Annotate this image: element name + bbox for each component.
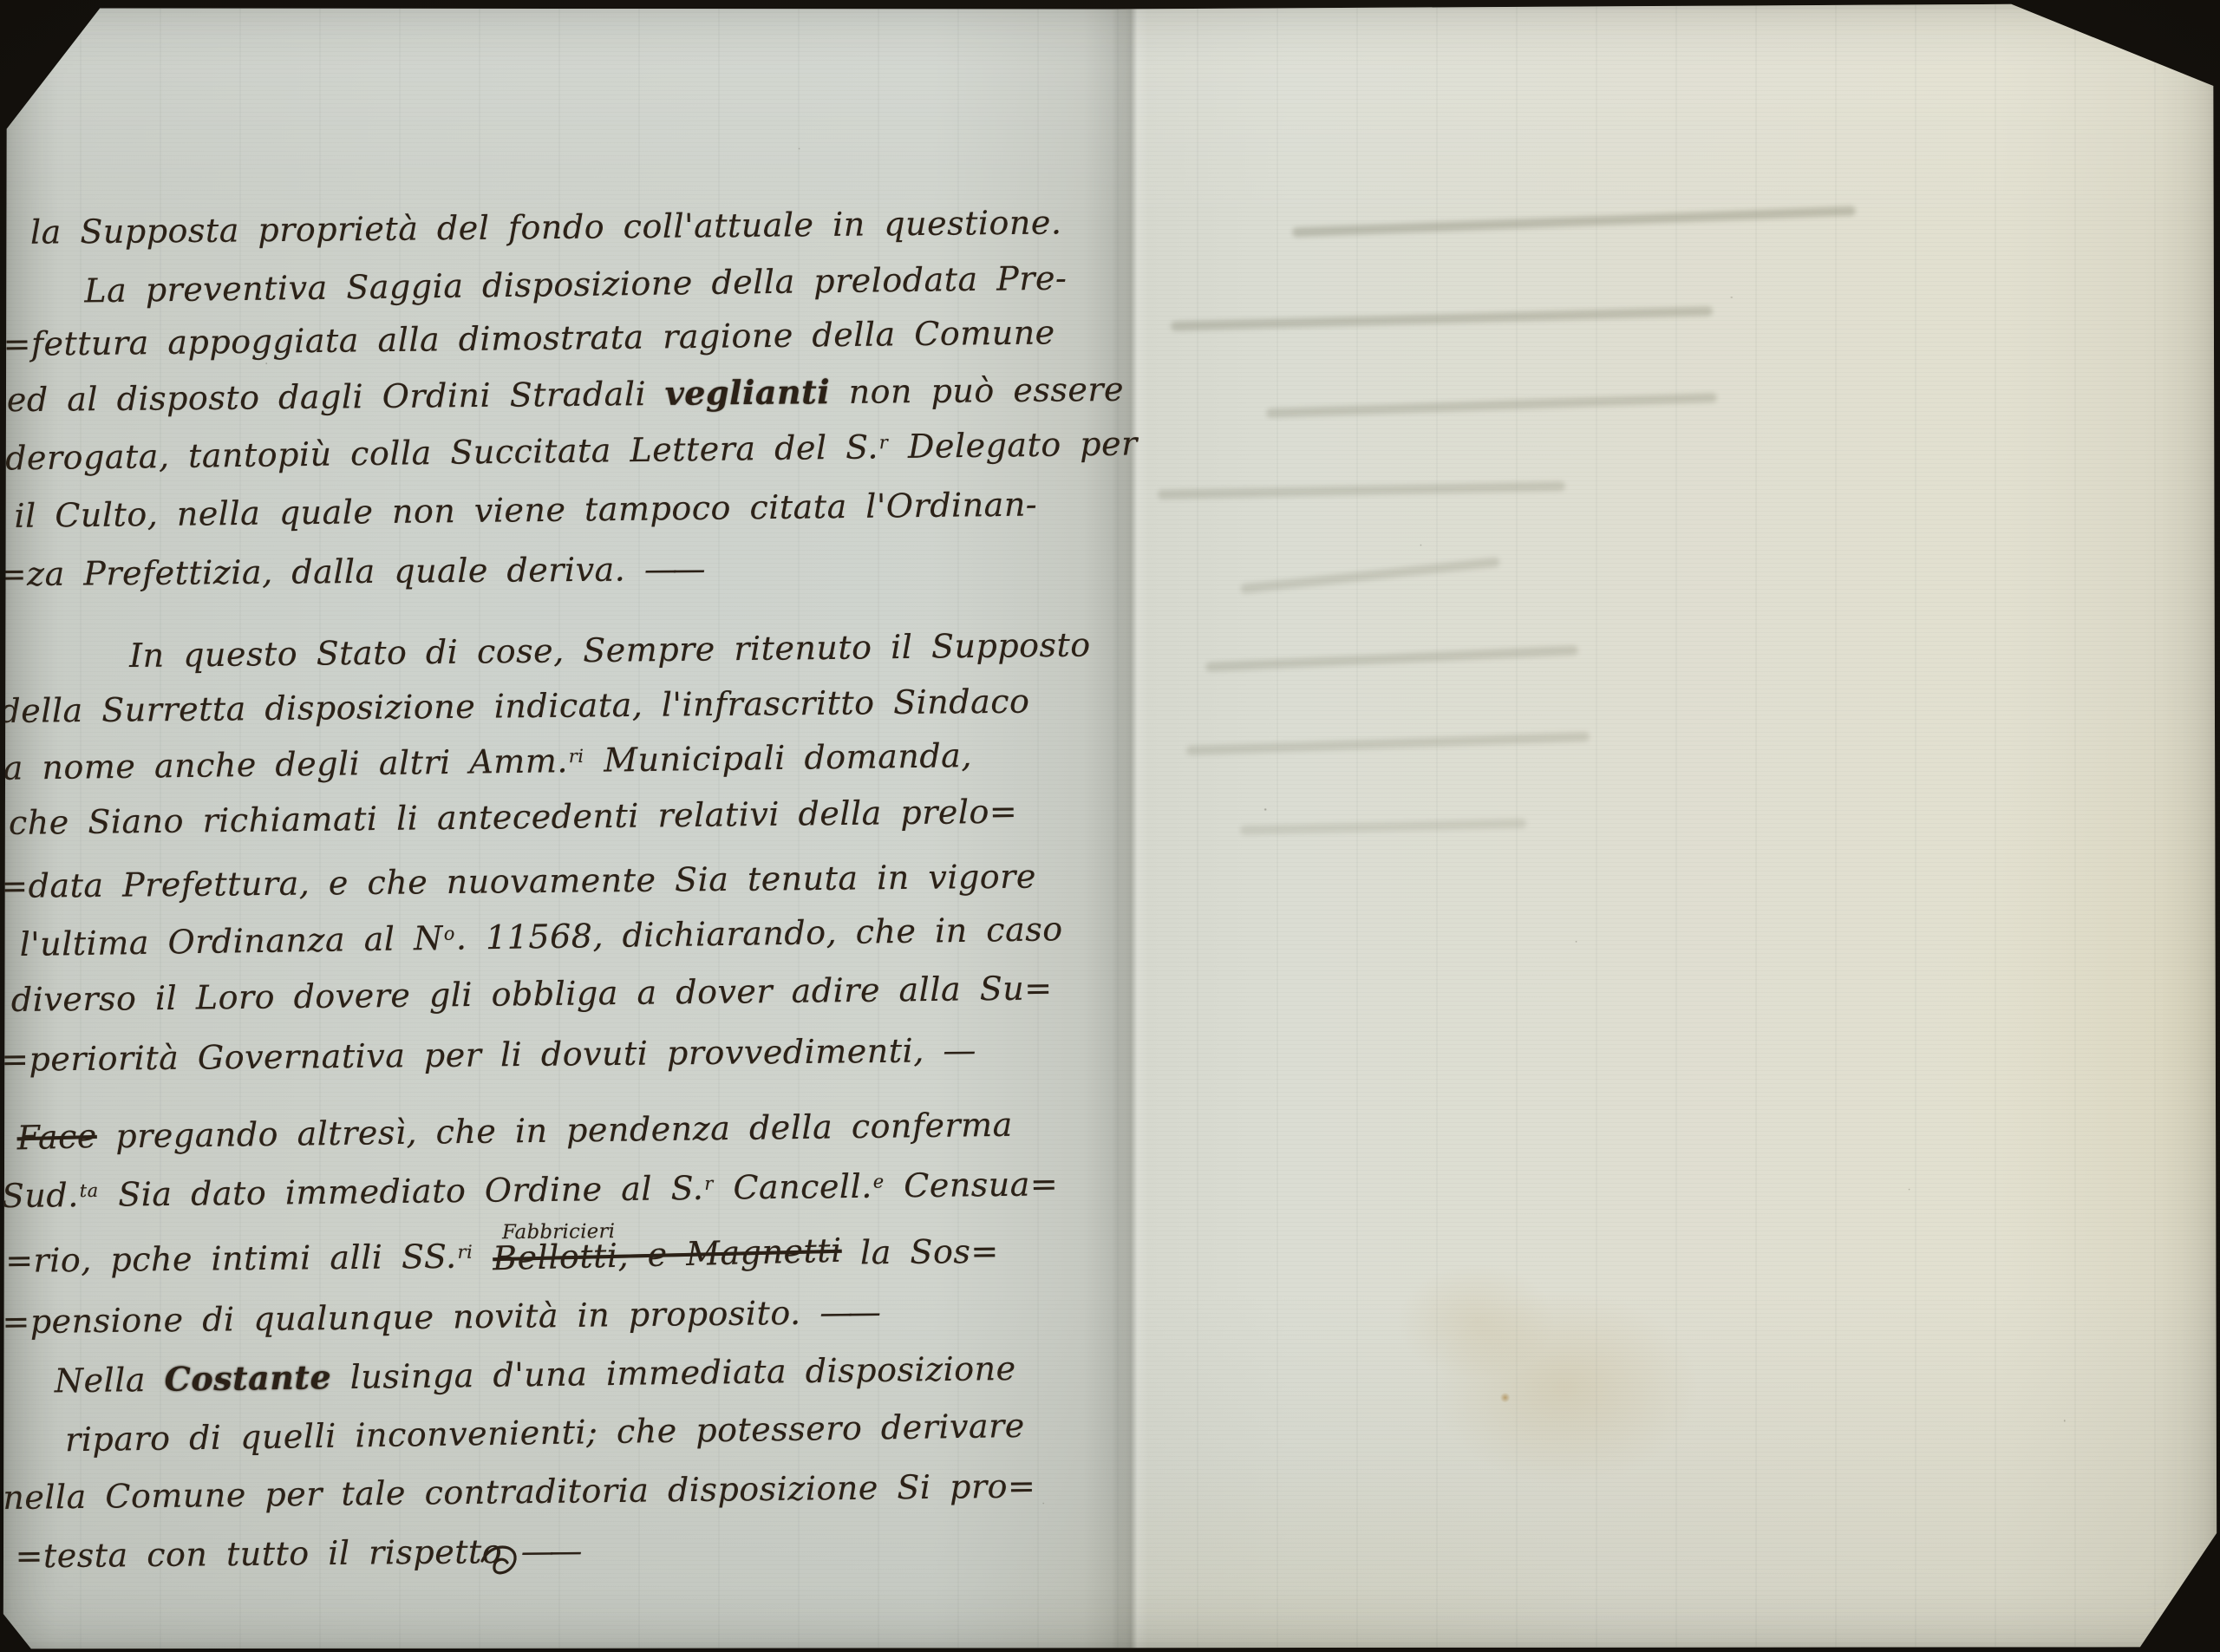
manuscript-text: la Sos=: [841, 1232, 999, 1272]
manuscript-text: . 11568, dichiarando, che in caso: [456, 910, 1063, 957]
manuscript-line: =pensione di qualunque novità in proposi…: [2, 1293, 877, 1341]
manuscript-line: In questo Stato di cose, Sempre ritenuto…: [129, 625, 1091, 675]
manuscript-text: diverso il Loro dovere gli obbliga a dov…: [11, 969, 1053, 1019]
manuscript-text: Delegato per: [889, 424, 1138, 466]
manuscript-line: derogata, tantopiù colla Succitata Lette…: [5, 424, 1138, 477]
manuscript-text: che Siano richiamati li antecedenti rela…: [9, 793, 1018, 842]
manuscript-text: —: [943, 1031, 971, 1069]
manuscript-line: riparo di quelli inconvenienti; che pote…: [65, 1407, 1025, 1459]
manuscript-text: pregando altresì, che in pendenza della …: [97, 1106, 1014, 1156]
bleed-through-line: [1205, 645, 1578, 671]
superscript-text: ri: [457, 1241, 473, 1262]
superscript-text: e: [873, 1171, 885, 1192]
manuscript-text: ——: [521, 1531, 578, 1570]
manuscript-text: Costante: [164, 1357, 331, 1399]
manuscript-line: che Siano richiamati li antecedenti rela…: [9, 793, 1018, 842]
manuscript-text: l'ultima Ordinanza al N: [19, 919, 443, 963]
bleed-through-line: [1158, 481, 1565, 500]
manuscript-text: =data Prefettura, e che nuovamente Sia t…: [0, 857, 1036, 904]
manuscript-text: Nella: [55, 1361, 165, 1401]
manuscript-text: [473, 1237, 493, 1275]
manuscript-text: della Surretta disposizione indicata, l'…: [0, 682, 1030, 730]
manuscript-text: non può essere: [830, 370, 1124, 411]
manuscript-line: ed al disposto dagli Ordini Stradali veg…: [7, 369, 1125, 419]
manuscript-line: Sud.ta Sia dato immediato Ordine al S.r …: [2, 1165, 1059, 1215]
manuscript-text: Cancell.: [715, 1167, 872, 1207]
struck-out-text: Bellotti, e Magnetti: [492, 1231, 842, 1277]
manuscript-line: =fettura appoggiata alla dimostrata ragi…: [3, 313, 1055, 363]
manuscript-line: l'ultima Ordinanza al No. 11568, dichiar…: [19, 910, 1063, 963]
manuscript-text: lusinga d'una immediata disposizione: [331, 1349, 1016, 1396]
manuscript-line: =data Prefettura, e che nuovamente Sia t…: [0, 857, 1036, 904]
manuscript-text: In questo Stato di cose, Sempre ritenuto…: [129, 625, 1091, 675]
manuscript-line: =periorità Governativa per li dovuti pro…: [1, 1031, 971, 1079]
manuscript-photo: la Supposta proprietà del fondo coll'att…: [0, 0, 2220, 1652]
bleed-through-line: [1292, 206, 1856, 238]
manuscript-text: ——: [819, 1293, 877, 1332]
manuscript-text: veglianti: [664, 372, 830, 413]
end-flourish-mark: [479, 1545, 524, 1594]
manuscript-text: =rio, pche intimi alli SS.: [5, 1237, 457, 1280]
handwriting-block: la Supposta proprietà del fondo coll'att…: [0, 0, 1131, 1652]
manuscript-line: il Culto, nella quale non viene tampoco …: [14, 485, 1037, 534]
manuscript-text: =za Prefettizia, dalla quale deriva.: [0, 550, 644, 593]
manuscript-line: =za Prefettizia, dalla quale deriva. ——: [0, 550, 701, 593]
manuscript-text: Sud.: [2, 1176, 79, 1215]
manuscript-text: il Culto, nella quale non viene tampoco …: [14, 485, 1037, 534]
manuscript-text: derogata, tantopiù colla Succitata Lette…: [5, 428, 878, 477]
manuscript-text: ——: [644, 550, 702, 589]
manuscript-line: =rio, pche intimi alli SS.ri Fabbricieri…: [5, 1232, 999, 1280]
manuscript-text: Sia dato immediato Ordine al S.: [99, 1169, 703, 1214]
bleed-through-line: [1171, 306, 1713, 330]
manuscript-line: La preventiva Saggia disposizione della …: [84, 259, 1068, 310]
manuscript-text: =fettura appoggiata alla dimostrata ragi…: [3, 313, 1055, 363]
manuscript-text: =periorità Governativa per li dovuti pro…: [1, 1031, 943, 1078]
superscript-text: r: [704, 1172, 714, 1193]
manuscript-text: =pensione di qualunque novità in proposi…: [2, 1294, 819, 1342]
manuscript-text: nella Comune per tale contraditoria disp…: [3, 1466, 1035, 1517]
bleed-through-line: [1266, 393, 1717, 418]
superscript-text: r: [879, 432, 889, 453]
bleed-through-line: [1240, 557, 1500, 593]
manuscript-text: a nome anche degli altri Amm.: [3, 741, 568, 787]
manuscript-line: a nome anche degli altri Amm.ri Municipa…: [3, 736, 972, 787]
two-page-spread: la Supposta proprietà del fondo coll'att…: [0, 0, 2220, 1652]
manuscript-text: riparo di quelli inconvenienti; che pote…: [65, 1407, 1025, 1459]
manuscript-text: Censua=: [885, 1165, 1058, 1205]
manuscript-line: la Supposta proprietà del fondo coll'att…: [30, 203, 1062, 251]
manuscript-line: Nella Costante lusinga d'una immediata d…: [55, 1348, 1016, 1401]
manuscript-text: la Supposta proprietà del fondo coll'att…: [30, 203, 1062, 251]
manuscript-line: della Surretta disposizione indicata, l'…: [0, 682, 1030, 730]
bleed-through-line: [1240, 819, 1526, 835]
bleed-through-line: [1186, 732, 1590, 755]
superscript-text: ri: [569, 745, 584, 766]
manuscript-text: =testa con tutto il rispetto: [15, 1532, 520, 1576]
manuscript-text: Municipali domanda,: [584, 736, 972, 780]
correction-with-insertion: FabbricieriBellotti, e Magnetti: [493, 1234, 842, 1276]
manuscript-line: Face pregando altresì, che in pendenza d…: [16, 1106, 1013, 1157]
manuscript-line: nella Comune per tale contraditoria disp…: [3, 1466, 1035, 1517]
struck-out-text: Face: [16, 1117, 97, 1157]
manuscript-text: ed al disposto dagli Ordini Stradali: [7, 375, 665, 419]
manuscript-line: diverso il Loro dovere gli obbliga a dov…: [11, 969, 1053, 1019]
superscript-text: o: [444, 923, 455, 944]
manuscript-text: La preventiva Saggia disposizione della …: [84, 259, 1068, 310]
superscript-text: ta: [80, 1179, 99, 1200]
